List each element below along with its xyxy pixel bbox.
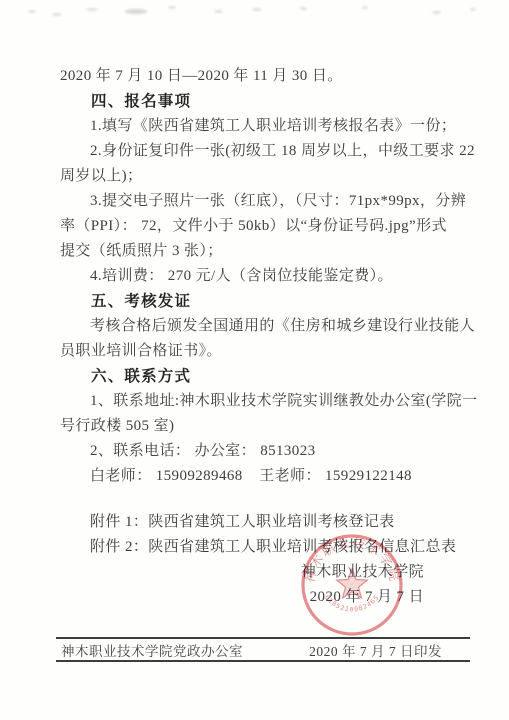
doc-line: 神木职业技术学院 [60,560,460,585]
scan-artifact [300,7,307,10]
doc-line: 附件 2：陕西省建筑工人职业培训考核报名信息汇总表 [60,535,460,560]
doc-line: 4.培训费： 270 元/人（含岗位技能鉴定费）。 [60,264,460,289]
doc-line: 1.填写《陕西省建筑工人职业培训考核报名表》一份； [60,114,460,139]
footer-issuing-office: 神木职业技术学院党政办公室 [56,640,243,660]
scan-artifact [432,11,441,14]
doc-line: 五、考核发证 [60,289,460,314]
doc-line: 号行政楼 505 室) [60,414,460,439]
doc-line: 白老师： 15909289468 王老师： 15929122148 [60,464,460,489]
footer-print-date: 2020 年 7 月 7 日印发 [309,640,470,660]
scan-artifact [86,8,98,11]
doc-line: 周岁以上)； [60,164,460,189]
document-footer: 神木职业技术学院党政办公室 2020 年 7 月 7 日印发 [56,637,470,662]
scan-artifact [125,9,147,14]
document-body: 2020 年 7 月 10 日—2020 年 11 月 30 日。四、报名事项1… [60,64,460,610]
scan-artifact [252,8,262,11]
doc-line: 提交（纸质照片 3 张）； [60,239,460,264]
scan-artifact [52,13,62,16]
doc-line: 3.提交电子照片一张（红底），（尺寸：71px*99px，分辨 [60,189,460,214]
doc-line: 2020 年 7 月 10 日—2020 年 11 月 30 日。 [60,64,460,89]
scan-artifact [28,10,36,13]
scan-artifact [470,8,476,11]
scan-artifact [168,6,176,9]
scan-artifact [362,6,368,9]
doc-line: 附件 1：陕西省建筑工人职业培训考核登记表 [60,510,460,535]
doc-line: 四、报名事项 [60,89,460,114]
doc-line: 2020 年 7 月 7 日 [60,585,460,610]
doc-line: 1、联系地址:神木职业技术学院实训继教处办公室(学院一 [60,389,460,414]
document-page: 2020 年 7 月 10 日—2020 年 11 月 30 日。四、报名事项1… [0,0,509,720]
doc-line: 2.身份证复印件一张(初级工 18 周岁以上，中级工要求 22 [60,139,460,164]
doc-line: 六、联系方式 [60,364,460,389]
scan-artifact [214,10,223,13]
doc-line: 考核合格后颁发全国通用的《住房和城乡建设行业技能人 [60,314,460,339]
doc-line: 2、联系电话： 办公室： 8513023 [60,439,460,464]
doc-line: 员职业培训合格证书》。 [60,339,460,364]
doc-line: 率（PPI）： 72，文件小于 50kb）以“身份证号码.jpg”形式 [60,214,460,239]
